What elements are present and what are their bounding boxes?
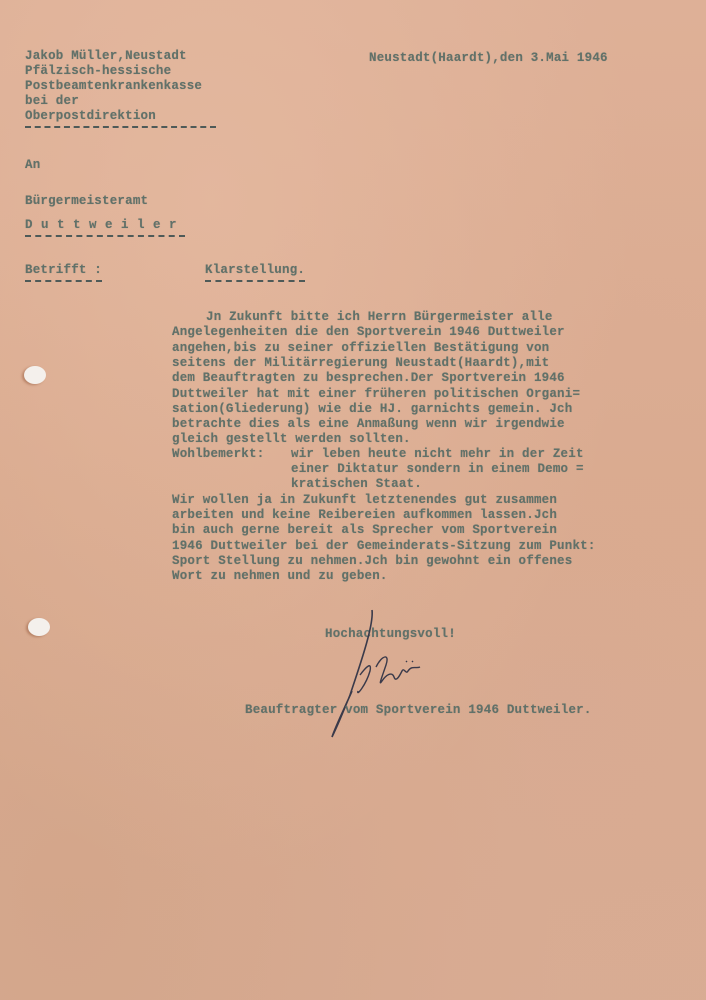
body-line: angehen,bis zu seiner offiziellen Bestät… [172, 341, 549, 356]
recipient-town: Duttweiler [25, 218, 185, 237]
signatory-title: Beauftragter vom Sportverein 1946 Duttwe… [245, 703, 592, 719]
sender-line: Pfälzisch-hessische [25, 64, 171, 80]
sender-line: Jakob Müller,Neustadt [25, 49, 187, 65]
punch-hole-bottom [28, 618, 50, 636]
body-line: Jn Zukunft bitte ich Herrn Bürgermeister… [206, 310, 553, 325]
sender-line: Postbeamtenkrankenkasse [25, 79, 202, 95]
recipient-prefix: An [25, 158, 40, 174]
body-line: Duttweiler hat mit einer früheren politi… [172, 387, 580, 402]
remark-label: Wohlbemerkt: [172, 447, 264, 462]
remark-line: einer Diktatur sondern in einem Demo = [291, 462, 584, 477]
body-line: seitens der Militärregierung Neustadt(Ha… [172, 356, 549, 371]
punch-hole-top [24, 366, 46, 384]
body-line: arbeiten und keine Reibereien aufkommen … [172, 508, 557, 523]
body-line: dem Beauftragten zu besprechen.Der Sport… [172, 371, 565, 386]
body-line: gleich gestellt werden sollten. [172, 432, 411, 447]
recipient-office: Bürgermeisteramt [25, 194, 148, 210]
body-line: sation(Gliederung) wie die HJ. garnichts… [172, 402, 572, 417]
sender-line: Oberpostdirektion [25, 109, 216, 128]
subject-label: Betrifft : [25, 263, 102, 282]
place-date: Neustadt(Haardt),den 3.Mai 1946 [369, 51, 608, 67]
subject-value: Klarstellung. [205, 263, 305, 282]
body-line: bin auch gerne bereit als Sprecher vom S… [172, 523, 557, 538]
sender-line: bei der [25, 94, 79, 110]
body-line: 1946 Duttweiler bei der Gemeinderats-Sit… [172, 539, 596, 554]
remark-line: wir leben heute nicht mehr in der Zeit [291, 447, 584, 462]
body-line: Wort zu nehmen und zu geben. [172, 569, 388, 584]
body-line: betrachte dies als eine Anmaßung wenn wi… [172, 417, 565, 432]
body-line: Angelegenheiten die den Sportverein 1946… [172, 325, 565, 340]
signature: J. Müller [320, 605, 450, 745]
remark-line: kratischen Staat. [291, 477, 422, 492]
body-line: Sport Stellung zu nehmen.Jch bin gewohnt… [172, 554, 572, 569]
body-line: Wir wollen ja in Zukunft letztenendes gu… [172, 493, 557, 508]
